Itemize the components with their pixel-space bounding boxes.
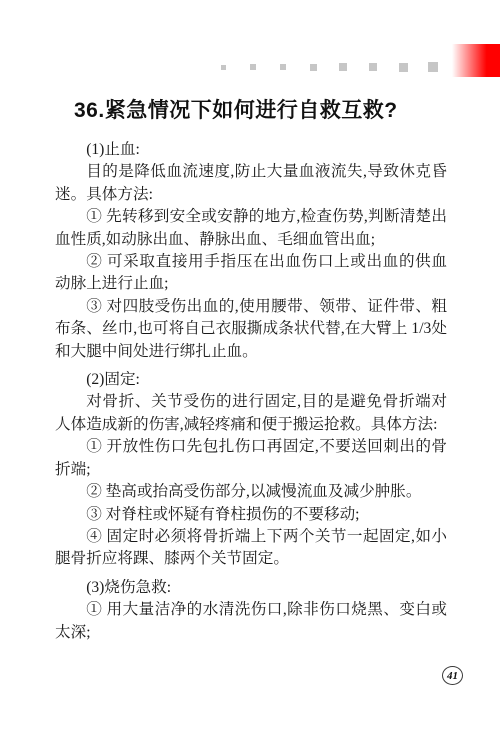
paragraph: ④ 固定时必须将骨折端上下两个关节一起固定,如小腿骨折应将踝、膝两个关节固定。 (55, 526, 447, 571)
gray-square-icon (339, 63, 347, 71)
page-number-badge: 41 (442, 666, 463, 685)
square-slot (358, 58, 388, 76)
paragraph: ③ 对四肢受伤出血的,使用腰带、领带、证件带、粗布条、丝巾,也可将自己衣服撕成条… (55, 296, 447, 363)
page-title: 36.紧急情况下如何进行自救互救? (74, 94, 398, 124)
gray-square-icon (428, 62, 438, 72)
gray-square-icon (280, 64, 286, 70)
paragraph: ② 垫高或抬高受伤部分,以减慢流血及减少肿胀。 (55, 481, 447, 503)
paragraph: 目的是降低血流速度,防止大量血液流失,导致休克昏迷。具体方法: (55, 161, 447, 206)
body-text: (1)止血:目的是降低血流速度,防止大量血液流失,导致休克昏迷。具体方法:① 先… (55, 139, 447, 644)
decoration-squares-row (208, 58, 448, 76)
square-slot (298, 58, 328, 76)
paragraph: (1)止血: (55, 139, 447, 161)
gray-square-icon (250, 64, 256, 70)
paragraph: ① 先转移到安全或安静的地方,检查伤势,判断清楚出血性质,如动脉出血、静脉出血、… (55, 206, 447, 251)
gray-square-icon (399, 63, 408, 72)
square-slot (208, 58, 238, 76)
paragraph: ② 可采取直接用手指压在出血伤口上或出血的供血动脉上进行止血; (55, 251, 447, 296)
document-page: 36.紧急情况下如何进行自救互救? (1)止血:目的是降低血流速度,防止大量血液… (0, 0, 500, 730)
gray-square-icon (221, 65, 226, 70)
square-slot (238, 58, 268, 76)
page-number: 41 (447, 670, 458, 682)
square-slot (418, 58, 448, 76)
gray-square-icon (369, 63, 377, 71)
paragraph: 对骨折、关节受伤的进行固定,目的是避免骨折端对人体造成新的伤害,减轻疼痛和便于搬… (55, 391, 447, 436)
paragraph: ① 开放性伤口先包扎伤口再固定,不要送回刺出的骨折端; (55, 436, 447, 481)
red-accent-block (452, 44, 500, 77)
square-slot (268, 58, 298, 76)
square-slot (388, 58, 418, 76)
square-slot (328, 58, 358, 76)
gray-square-icon (310, 64, 317, 71)
paragraph: ③ 对脊柱或怀疑有脊柱损伤的不要移动; (55, 504, 447, 526)
paragraph: ① 用大量洁净的水清洗伤口,除非伤口烧黑、变白或太深; (55, 599, 447, 644)
paragraph: (2)固定: (55, 369, 447, 391)
paragraph: (3)烧伤急救: (55, 577, 447, 599)
